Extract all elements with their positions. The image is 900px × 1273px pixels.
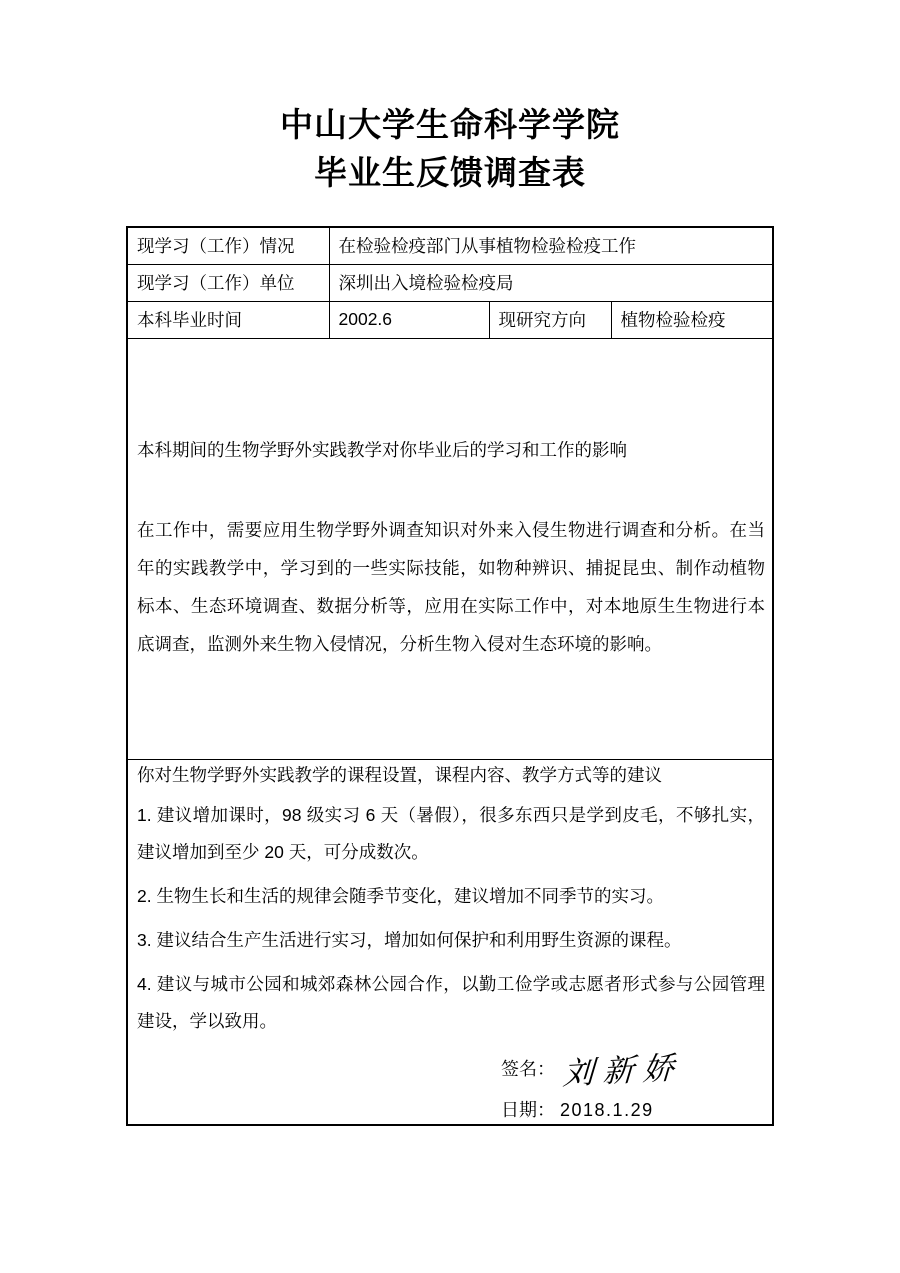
current-employer-label: 现学习（工作）单位 xyxy=(127,264,329,301)
table-row-suggestions-section: 你对生物学野外实践教学的课程设置，课程内容、教学方式等的建议 1. 建议增加课时… xyxy=(127,759,773,1125)
influence-answer-paragraph: 在工作中，需要应用生物学野外调查知识对外来入侵生物进行调查和分析。在当年的实践教… xyxy=(137,511,765,663)
date-label: 日期： xyxy=(501,1100,555,1120)
research-direction-value: 植物检验检疫 xyxy=(611,301,773,338)
suggestion-item-1: 1. 建议增加课时，98 级实习 6 天（暑假），很多东西只是学到皮毛，不够扎实… xyxy=(137,797,765,871)
date-line: 日期： 2018.1.29 xyxy=(501,1096,765,1124)
graduation-time-label: 本科毕业时间 xyxy=(127,301,329,338)
graduation-time-value: 2002.6 xyxy=(329,301,489,338)
signature-block: 签名： 刘新娇 日期： 2018.1.29 xyxy=(501,1046,765,1124)
feedback-form-table: 现学习（工作）情况 在检验检疫部门从事植物检验检疫工作 现学习（工作）单位 深圳… xyxy=(126,226,774,1126)
date-value: 2018.1.29 xyxy=(560,1100,654,1120)
table-row-current-employer: 现学习（工作）单位 深圳出入境检验检疫局 xyxy=(127,264,773,301)
table-row-graduation-research: 本科毕业时间 2002.6 现研究方向 植物检验检疫 xyxy=(127,301,773,338)
signature-line: 签名： 刘新娇 xyxy=(501,1046,765,1090)
handwritten-signature: 刘新娇 xyxy=(562,1042,684,1093)
suggestions-section-cell: 你对生物学野外实践教学的课程设置，课程内容、教学方式等的建议 1. 建议增加课时… xyxy=(127,759,773,1125)
signature-label: 签名： xyxy=(501,1055,555,1081)
suggestion-item-4: 4. 建议与城市公园和城郊森林公园合作，以勤工俭学或志愿者形式参与公园管理建设，… xyxy=(137,966,765,1040)
title-line-1: 中山大学生命科学学院 xyxy=(0,101,900,149)
research-direction-label: 现研究方向 xyxy=(489,301,611,338)
current-situation-value: 在检验检疫部门从事植物检验检疫工作 xyxy=(329,227,773,264)
current-situation-label: 现学习（工作）情况 xyxy=(127,227,329,264)
suggestions-section-heading: 你对生物学野外实践教学的课程设置，课程内容、教学方式等的建议 xyxy=(137,760,765,790)
influence-section-cell: 本科期间的生物学野外实践教学对你毕业后的学习和工作的影响 在工作中，需要应用生物… xyxy=(127,338,773,759)
document-title: 中山大学生命科学学院 毕业生反馈调查表 xyxy=(0,0,900,197)
suggestion-item-3: 3. 建议结合生产生活进行实习，增加如何保护和利用野生资源的课程。 xyxy=(137,922,765,959)
current-employer-value: 深圳出入境检验检疫局 xyxy=(329,264,773,301)
title-line-2: 毕业生反馈调查表 xyxy=(0,149,900,197)
suggestion-item-2: 2. 生物生长和生活的规律会随季节变化，建议增加不同季节的实习。 xyxy=(137,878,765,915)
table-row-influence-section: 本科期间的生物学野外实践教学对你毕业后的学习和工作的影响 在工作中，需要应用生物… xyxy=(127,338,773,759)
table-row-current-situation: 现学习（工作）情况 在检验检疫部门从事植物检验检疫工作 xyxy=(127,227,773,264)
influence-section-heading: 本科期间的生物学野外实践教学对你毕业后的学习和工作的影响 xyxy=(137,435,765,465)
